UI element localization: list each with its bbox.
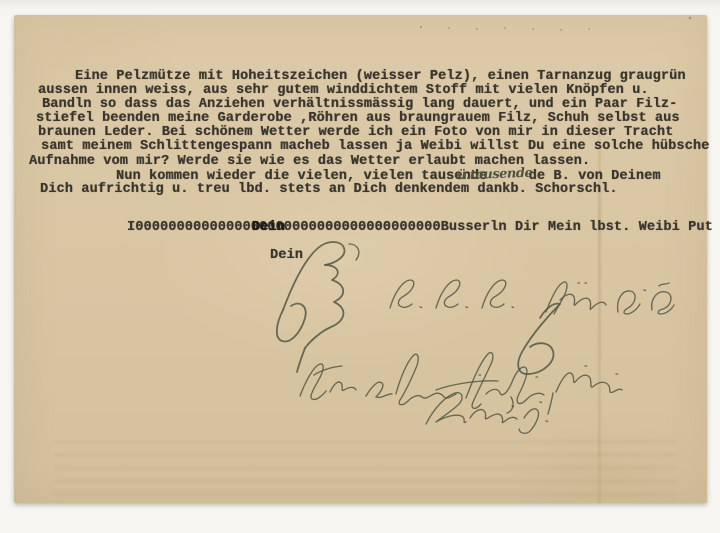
handwritten-bitte-line bbox=[300, 353, 622, 413]
handwritten-kisses-line bbox=[390, 280, 674, 314]
signature-flourish-1-strokes bbox=[277, 242, 359, 372]
scanner-background: Eine Pelzmütze mit Hoheitszeichen (weiss… bbox=[0, 0, 720, 533]
handwritten-razi-line bbox=[426, 381, 553, 433]
handwriting-layer bbox=[0, 0, 720, 533]
